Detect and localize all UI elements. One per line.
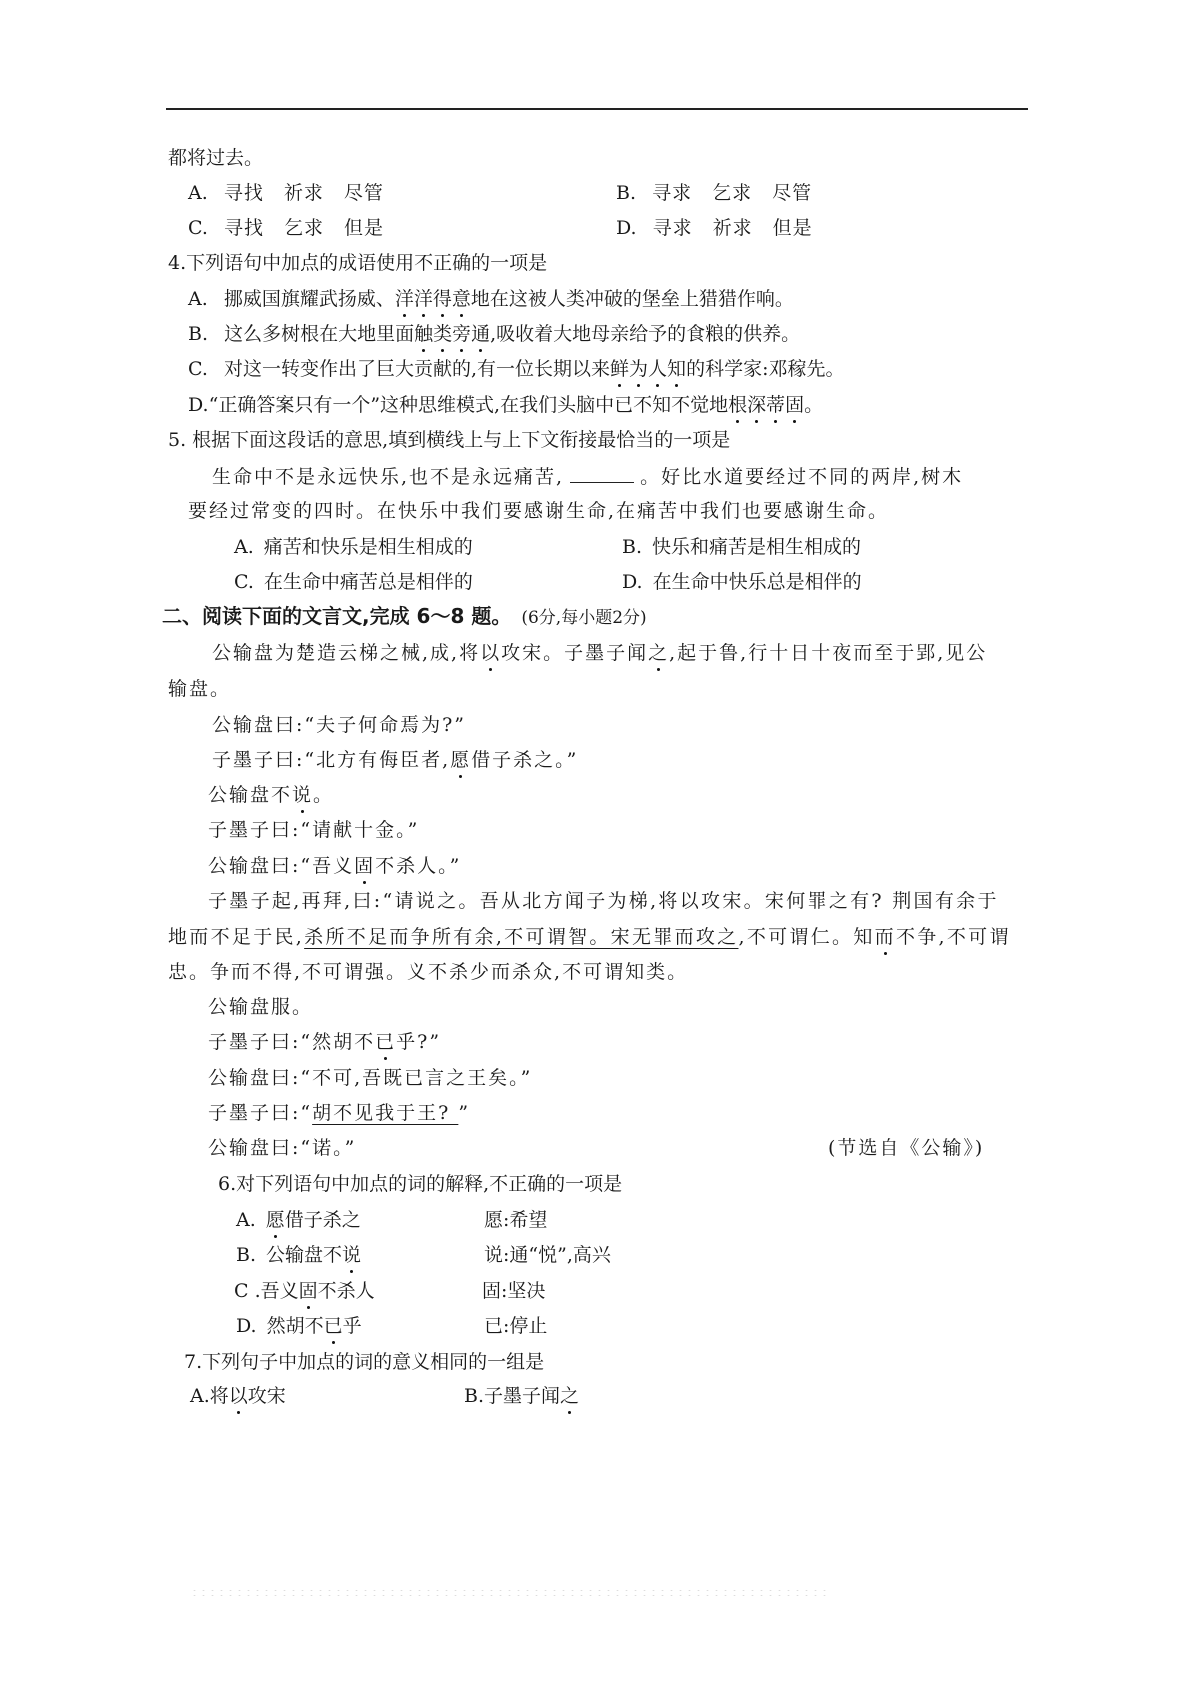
q6-option-b: B.公输盘不说 [236,1243,361,1267]
dotted-char: 触 [414,322,433,346]
q5-option-c: C.在生命中痛苦总是相伴的 [234,570,473,594]
passage-source: (节选自《公输》) [828,1136,984,1160]
q5-option-a: A.痛苦和快乐是相生相成的 [234,535,473,559]
q7-option-a: A.将以攻宋 [190,1384,286,1408]
dotted-idiom: 根深蒂固 [728,394,804,416]
q6-gloss-d: 已:停止 [484,1314,547,1338]
dotted-char: 意 [452,287,471,311]
q5-option-d: D.在生命中快乐总是相伴的 [622,570,862,594]
q4-stem: 4.下列语句中加点的成语使用不正确的一项是 [168,251,547,275]
dotted-char: 根 [728,393,747,417]
q4-option-d: D.“正确答案只有一个”这种思维模式,在我们头脑中已不知不觉地根深蒂固。 [188,393,823,417]
q5-passage-line2: 要经过常变的四时。在快乐中我们要感谢生命,在痛苦中我们也要感谢生命。 [188,499,889,523]
dotted-char: 旁 [452,322,471,346]
underlined-sentence: 杀所不足而争所有余,不可谓智。宋无罪而攻之 [304,926,738,948]
dotted-char: 深 [747,393,766,417]
q6-option-d: D.然胡不已乎 [236,1314,362,1338]
dotted-char: 洋 [395,287,414,311]
dotted-char: 蒂 [766,393,785,417]
q5-passage-line1: 生命中不是永远快乐,也不是永远痛苦,。好比水道要经过不同的两岸,树木 [212,464,963,489]
q5-stem: 5. 根据下面这段话的意思,填到横线上与上下文衔接最恰当的一项是 [168,428,730,452]
passage-line: 子墨子曰:“请献十金。” [208,818,419,842]
passage-p1: 公输盘为楚造云梯之械,成,将以攻宋。子墨子闻之,起于鲁,行十日十夜而至于郢,见公 [212,641,987,665]
q7-option-b: B.子墨子闻之 [464,1384,579,1408]
dotted-char: 固 [785,393,804,417]
dotted-char: 人 [648,357,667,381]
dotted-idiom: 触类旁通 [414,323,490,345]
section-heading: 二、阅读下面的文言文,完成 6～8 题。(6分,每小题2分) [162,604,647,630]
q5-option-b: B.快乐和痛苦是相生相成的 [622,535,861,559]
q4-option-c: C. 对这一转变作出了巨大贡献的,有一位长期以来鲜为人知的科学家:邓稼先。 [188,357,844,381]
passage-line: 公输盘不说。 [208,783,334,807]
passage-line: 公输盘服。 [208,995,313,1019]
dotted-char: 为 [629,357,648,381]
passage-line: 子墨子曰:“胡不见我于王? ” [208,1101,470,1125]
q3-option-c: C. 寻找 乞求 但是 [188,216,384,240]
q3-continuation: 都将过去。 [168,146,263,170]
q6-option-c: C .吾义固不杀人 [234,1279,375,1303]
q6-gloss-a: 愿:希望 [484,1208,547,1232]
q6-option-a: A.愿借子杀之 [236,1208,361,1232]
q6-gloss-c: 固:坚决 [482,1279,545,1303]
q3-option-b: B. 寻求 乞求 尽管 [616,181,812,205]
q6-stem: 6.对下列语句中加点的词的解释,不正确的一项是 [218,1172,622,1196]
dotted-char: 得 [433,287,452,311]
passage-line: 忠。争而不得,不可谓强。义不杀少而杀众,不可谓知类。 [168,960,688,984]
q3-option-d: D. 寻求 祈求 但是 [616,216,813,240]
dotted-char: 知 [667,357,686,381]
q7-stem: 7.下列句子中加点的词的意义相同的一组是 [184,1350,544,1374]
passage-line: 地而不足于民,杀所不足而争所有余,不可谓智。宋无罪而攻之,不可谓仁。知而不争,不… [168,925,1011,949]
dotted-idiom: 洋洋得意 [395,288,471,310]
passage-line: 子墨子曰:“北方有侮臣者,愿借子杀之。” [212,748,578,772]
passage-line: 子墨子曰:“然胡不已乎?” [208,1030,441,1054]
passage-line: 公输盘曰:“吾义固不杀人。” [208,854,461,878]
dotted-idiom: 鲜为人知 [610,358,686,380]
passage-line: 公输盘曰:“不可,吾既已言之王矣。” [208,1066,532,1090]
q3-option-a: A. 寻找 祈求 尽管 [188,181,384,205]
passage-line: 公输盘曰:“诺。” [208,1136,356,1160]
dotted-char: 通 [471,322,490,346]
q6-gloss-b: 说:通“悦”,高兴 [484,1243,611,1267]
scan-noise [190,1588,830,1598]
header-rule [166,108,1028,110]
dotted-char: 鲜 [610,357,629,381]
fill-blank [570,464,634,483]
dotted-char: 类 [433,322,452,346]
passage-line: 公输盘曰:“夫子何命焉为?” [212,713,466,737]
q4-option-b: B. 这么多树根在大地里面触类旁通,吸收着大地母亲给予的食粮的供养。 [188,322,800,346]
passage-p1-cont: 输盘。 [168,677,231,701]
dotted-char: 洋 [414,287,433,311]
underlined-sentence: 胡不见我于王? [312,1102,458,1124]
q4-option-a: A. 挪威国旗耀武扬威、洋洋得意地在这被人类冲破的堡垒上猎猎作响。 [188,287,794,311]
passage-line: 子墨子起,再拜,曰:“请说之。吾从北方闻子为梯,将以攻宋。宋何罪之有? 荆国有余… [208,889,999,913]
